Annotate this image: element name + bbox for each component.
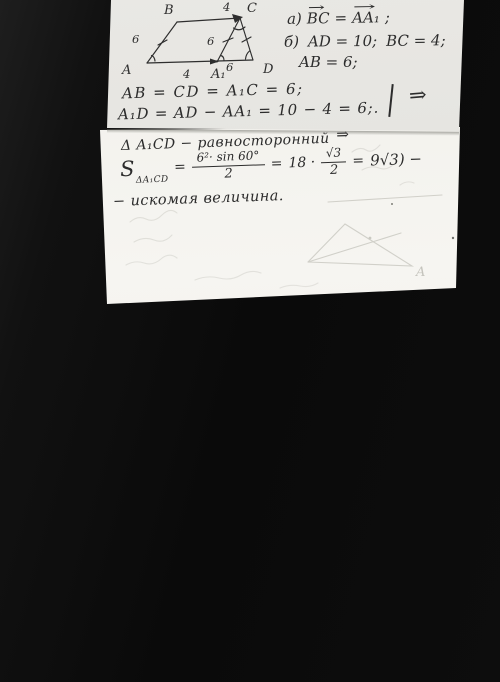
part-a-equation: а) →BC = →AA₁ ; (287, 8, 390, 28)
angle-arc-a1 (221, 56, 225, 61)
bleed-triangle (308, 224, 412, 266)
bleed-point (369, 237, 372, 240)
fraction-2: √3 2 (321, 146, 347, 177)
area-eq3: = (352, 152, 364, 169)
length-label-inner: 6 (207, 34, 214, 48)
vertex-label-c: C (247, 1, 257, 16)
fraction-1-denominator: 2 (224, 166, 233, 181)
area-symbol: SΔA₁CD (120, 155, 169, 182)
vertex-label-a1: A₁ (210, 67, 226, 82)
implies-symbol: ⇒ (408, 82, 428, 109)
part-b-prefix: б) (284, 33, 299, 51)
area-s: S (120, 156, 135, 180)
fraction-1-numerator: 6²· sin 60° (191, 149, 264, 167)
length-label-top: 4 (222, 0, 230, 14)
part-a-prefix: а) (287, 10, 302, 28)
fraction-2-denominator: 2 (330, 162, 339, 177)
part-a-semicolon: ; (385, 8, 390, 26)
dust-speck (452, 237, 454, 239)
given-bc: BC = 4; (386, 31, 446, 50)
vector-bc: →BC (307, 9, 330, 27)
bleed-line (328, 195, 442, 202)
part-b-givens: б) AD = 10; BC = 4; (284, 31, 446, 50)
area-result: 9√3) − (370, 150, 422, 170)
vector-aa1: →AA₁ (352, 8, 380, 26)
area-mult: 18 · (288, 154, 315, 172)
implies-symbol: ⇒ (336, 125, 350, 143)
dust-speck (391, 203, 393, 205)
scanned-notes-page: A B 4 C 6 6 A 4 A₁ 6 D а) →BC = →AA₁ ; (0, 0, 500, 682)
vertex-label-d: D (262, 62, 274, 77)
arrowhead-a1 (210, 59, 219, 65)
length-label-bottom-right: 6 (226, 60, 233, 74)
trapezoid-diagram: B 4 C 6 6 A 4 A₁ 6 D (106, 0, 298, 90)
area-subscript: ΔA₁CD (136, 174, 169, 185)
vector-arrow-icon: → (307, 0, 324, 15)
side-bc (177, 18, 240, 22)
angle-arc-a (152, 56, 156, 62)
bleed-scribble (280, 283, 318, 288)
given-ab: AB = 6; (299, 53, 358, 71)
area-eq1: = (174, 159, 186, 176)
area-eq2: = (270, 155, 282, 172)
given-ad: AD = 10; (308, 32, 377, 51)
fraction-2-numerator: √3 (321, 146, 347, 162)
bleed-letter: A (415, 265, 425, 280)
part-a-equals: = (334, 9, 347, 27)
bleed-scribble (134, 235, 172, 242)
bleed-scribble (400, 182, 414, 185)
vertex-label-b: B (163, 3, 174, 18)
fraction-1: 6²· sin 60° 2 (191, 149, 265, 182)
tick-ab (158, 40, 167, 45)
length-label-bottom-left: 4 (182, 67, 190, 81)
vertex-label-a: A (121, 63, 131, 78)
bleed-scribble (130, 210, 177, 222)
bleed-scribble (126, 255, 177, 265)
bleed-scribble (195, 271, 261, 280)
vector-arrow-icon: → (353, 0, 376, 14)
length-label-left: 6 (132, 32, 139, 46)
angle-arc-d (246, 51, 250, 59)
side-ad (147, 60, 253, 63)
